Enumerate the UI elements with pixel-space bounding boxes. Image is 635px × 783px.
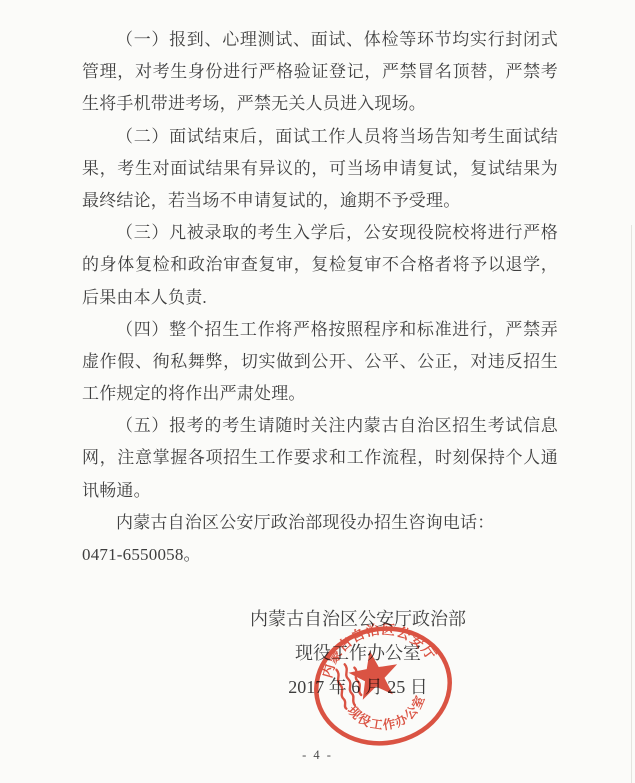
document-line: （四）整个招生工作将严格按照程序和标准进行，严禁弄 — [82, 314, 558, 346]
document-line: 虚作假、徇私舞弊，切实做到公开、公平、公正，对违反招生 — [82, 346, 558, 378]
document-line: （二）面试结束后，面试工作人员将当场告知考生面试结 — [82, 121, 558, 153]
document-line: （一）报到、心理测试、面试、体检等环节均实行封闭式 — [82, 24, 558, 56]
document-line: 生将手机带进考场，严禁无关人员进入现场。 — [82, 88, 558, 120]
document-line: （三）凡被录取的考生入学后，公安现役院校将进行严格 — [82, 217, 558, 249]
document-line: 内蒙古自治区公安厅政治部现役办招生咨询电话： — [82, 507, 558, 539]
document-line: （五）报考的考生请随时关注内蒙古自治区招生考试信息 — [82, 410, 558, 442]
document-line: 果，考生对面试结果有异议的，可当场申请复试，复试结果为 — [82, 153, 558, 185]
document-line: 最终结论，若当场不申请复试的，逾期不予受理。 — [82, 185, 558, 217]
document-line: 后果由本人负责. — [82, 282, 558, 314]
document-line: 的身体复检和政治审查复审，复检复审不合格者将予以退学， — [82, 249, 558, 281]
document-line: 网，注意掌握各项招生工作要求和工作流程，时刻保持个人通 — [82, 442, 558, 474]
document-line: 讯畅通。 — [82, 475, 558, 507]
scan-artifact-line — [631, 225, 632, 783]
document-line: 0471-6550058。 — [82, 539, 558, 571]
document-page: （一）报到、心理测试、面试、体检等环节均实行封闭式管理，对考生身份进行严格验证登… — [0, 0, 635, 783]
document-body: （一）报到、心理测试、面试、体检等环节均实行封闭式管理，对考生身份进行严格验证登… — [82, 24, 558, 571]
page-number: - 4 - — [0, 748, 635, 763]
document-line: 管理，对考生身份进行严格验证登记，严禁冒名顶替，严禁考 — [82, 56, 558, 88]
star-icon — [345, 646, 402, 701]
mongolian-script-marks — [336, 662, 364, 709]
document-line: 工作规定的将作出严肃处理。 — [82, 378, 558, 410]
